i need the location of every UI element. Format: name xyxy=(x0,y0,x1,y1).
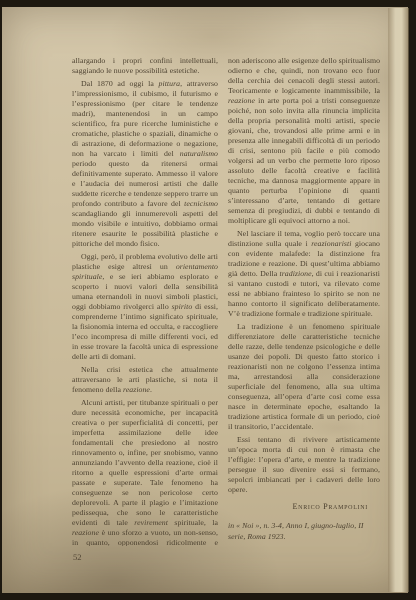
paragraph: Nel lasciare il tema, voglio però toccar… xyxy=(228,229,380,319)
right-text-column: non aderiscono alle esigenze dello spiri… xyxy=(228,56,380,561)
paragraph: Nella crisi estetica che attualmente att… xyxy=(72,365,218,395)
paragraph: allargando i propri confini intellettual… xyxy=(72,56,218,76)
right-column-paragraphs: non aderiscono alle esigenze dello spiri… xyxy=(228,56,380,495)
paragraph: Alcuni artisti, per titubanze spirituali… xyxy=(72,398,218,546)
paragraph: La tradizione è un fenomeno spirituale d… xyxy=(228,322,380,432)
left-text-column: allargando i propri confini intellettual… xyxy=(72,56,218,546)
page-number: 52 xyxy=(73,552,82,562)
paragraph: Dal 1870 ad oggi la pittura, attraverso … xyxy=(72,79,218,249)
page-edge-band xyxy=(388,8,409,592)
paragraph: non aderiscono alle esigenze dello spiri… xyxy=(228,56,380,226)
paragraph: Oggi, però, il problema evolutivo delle … xyxy=(72,252,218,362)
paragraph: Essi tentano di rivivere artisticamente … xyxy=(228,435,380,495)
author-signature: Enrico Prampolini xyxy=(228,502,380,512)
source-citation: in « Noi », n. 3-4, Anno I, giugno-lugli… xyxy=(228,521,380,542)
